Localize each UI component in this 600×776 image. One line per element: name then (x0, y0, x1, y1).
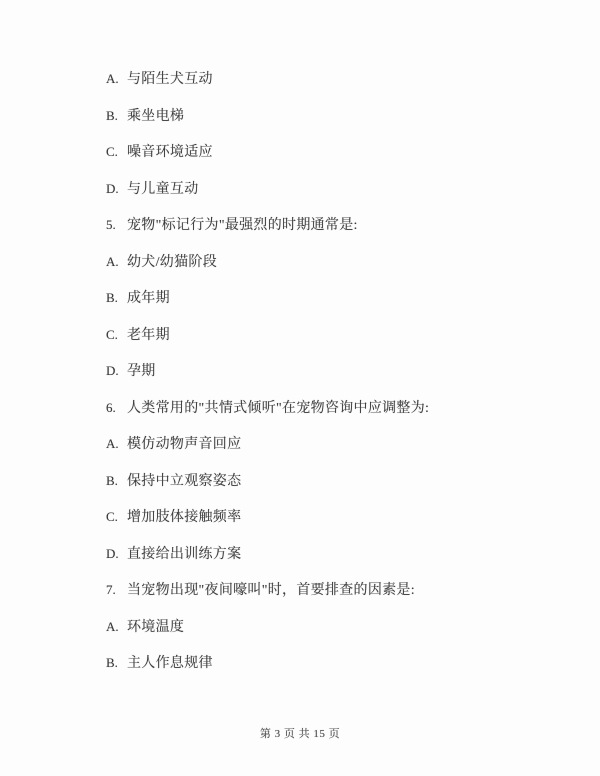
option-line: D.直接给出训练方案 (106, 544, 570, 564)
option-letter: B. (106, 653, 127, 673)
option-line: B.主人作息规律 (106, 653, 570, 673)
option-text: 主人作息规律 (127, 656, 213, 671)
option-text: 与陌生犬互动 (127, 72, 213, 87)
question-number: 5. (106, 215, 127, 235)
option-line: D.与儿童互动 (106, 179, 570, 199)
option-text: 幼犬/幼猫阶段 (127, 255, 217, 270)
option-line: A.环境温度 (106, 617, 570, 637)
document-page: A.与陌生犬互动 B.乘坐电梯 C.噪音环境适应 D.与儿童互动 5.宠物"标记… (0, 0, 600, 776)
option-line: B.乘坐电梯 (106, 106, 570, 126)
page-number-indicator: 第 3 页 共 15 页 (0, 725, 600, 741)
option-line: C.增加肢体接触频率 (106, 507, 570, 527)
option-line: A.幼犬/幼猫阶段 (106, 252, 570, 272)
option-line: D.孕期 (106, 361, 570, 381)
option-letter: B. (106, 288, 127, 308)
option-letter: C. (106, 507, 127, 527)
option-line: B.保持中立观察姿态 (106, 471, 570, 491)
question-text: 宠物"标记行为"最强烈的时期通常是: (127, 218, 358, 233)
option-text: 成年期 (127, 291, 170, 306)
option-line: C.噪音环境适应 (106, 142, 570, 162)
option-line: B.成年期 (106, 288, 570, 308)
option-text: 乘坐电梯 (127, 109, 184, 124)
option-text: 模仿动物声音回应 (127, 437, 241, 452)
question-line: 7.当宠物出现"夜间嚎叫"时，首要排查的因素是: (106, 580, 570, 600)
option-letter: A. (106, 434, 127, 454)
option-letter: D. (106, 361, 127, 381)
option-letter: A. (106, 252, 127, 272)
question-line: 6.人类常用的"共情式倾听"在宠物咨询中应调整为: (106, 398, 570, 418)
option-text: 直接给出训练方案 (127, 547, 241, 562)
option-text: 增加肢体接触频率 (127, 510, 241, 525)
option-text: 噪音环境适应 (127, 145, 213, 160)
option-line: A.与陌生犬互动 (106, 69, 570, 89)
option-line: A.模仿动物声音回应 (106, 434, 570, 454)
option-text: 孕期 (127, 364, 156, 379)
option-letter: C. (106, 142, 127, 162)
option-letter: A. (106, 69, 127, 89)
option-text: 环境温度 (127, 620, 184, 635)
question-line: 5.宠物"标记行为"最强烈的时期通常是: (106, 215, 570, 235)
option-text: 与儿童互动 (127, 182, 199, 197)
option-letter: B. (106, 106, 127, 126)
option-letter: B. (106, 471, 127, 491)
option-letter: C. (106, 325, 127, 345)
question-number: 6. (106, 398, 127, 418)
option-line: C.老年期 (106, 325, 570, 345)
option-letter: A. (106, 617, 127, 637)
question-number: 7. (106, 580, 127, 600)
question-text: 人类常用的"共情式倾听"在宠物咨询中应调整为: (127, 401, 429, 416)
question-text: 当宠物出现"夜间嚎叫"时，首要排查的因素是: (127, 583, 415, 598)
option-letter: D. (106, 544, 127, 564)
option-letter: D. (106, 179, 127, 199)
option-text: 保持中立观察姿态 (127, 474, 241, 489)
option-text: 老年期 (127, 328, 170, 343)
document-body: A.与陌生犬互动 B.乘坐电梯 C.噪音环境适应 D.与儿童互动 5.宠物"标记… (106, 69, 570, 690)
